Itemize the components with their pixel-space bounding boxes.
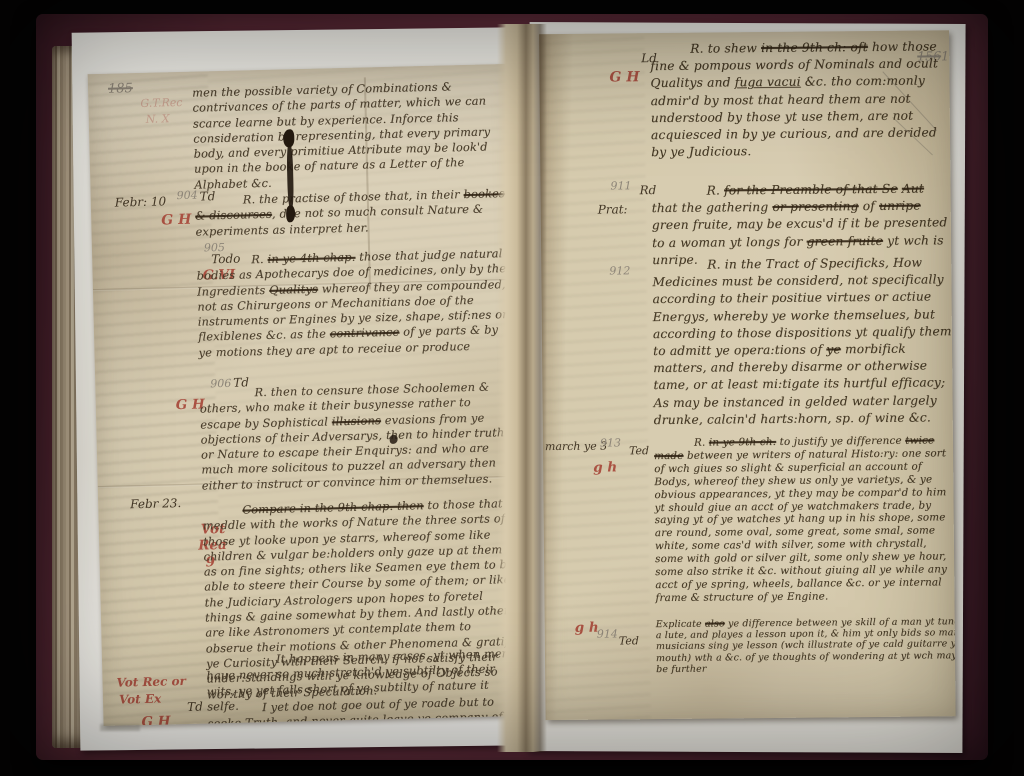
manuscript-page-right: 156186 Ld G H 911 Rd Prat: 912 march ye … (539, 30, 956, 720)
margin-note-date: march ye 3 (545, 440, 607, 454)
margin-note-red: g h (575, 620, 599, 636)
margin-note-red: Vot Rec or (116, 674, 186, 690)
show-through-texture (539, 33, 651, 720)
margin-note-red: Vot Ex (119, 692, 162, 707)
margin-note-date: Febr 23. (130, 496, 181, 511)
manuscript-entry: R. then to censure those Schoolemen & ot… (199, 379, 514, 494)
margin-note-red: g h (593, 459, 617, 475)
margin-note-red: N. X (146, 112, 170, 126)
margin-note-ink: Td (187, 700, 203, 714)
manuscript-page-left: 185 G.T.Rec N. X Febr: 10 904 Td G H 905… (88, 64, 528, 726)
margin-note-entry-number: 913 (600, 436, 621, 449)
margin-note-date: Febr: 10 (115, 194, 167, 209)
manuscript-entry: R. the practise of those that, in their … (195, 186, 508, 239)
manuscript-entry: men the possible variety of Combinations… (192, 78, 507, 193)
margin-note-ink: Ted (629, 444, 649, 457)
margin-note-red: G.T.Rec (140, 96, 182, 110)
margin-note-entry-number: 911 (610, 179, 631, 192)
manuscript-entry: R. in ye 9th ch. to justify ye differenc… (654, 434, 956, 605)
book-gutter (497, 24, 547, 752)
manuscript-entry: R. to shew in the 9th ch: oft how those … (650, 38, 951, 161)
margin-note-entry-number: 912 (609, 264, 630, 277)
manuscript-photo: 185 G.T.Rec N. X Febr: 10 904 Td G H 905… (0, 0, 1024, 776)
manuscript-entry: Explicate also ye difference between ye … (656, 616, 956, 675)
margin-note-red: G H (141, 713, 170, 726)
manuscript-entry: R. in the Tract of Specificks, How Medic… (652, 254, 954, 429)
margin-note-ink: Prat: (598, 202, 628, 216)
folio-number-old: 185 (108, 81, 133, 97)
margin-note-ink: Ted (619, 634, 639, 647)
margin-note-red: G H (161, 212, 191, 229)
margin-note-red: G H (609, 69, 639, 85)
manuscript-entry: R. in ye 4th chap. those that judge natu… (196, 246, 511, 361)
margin-note-entry-number: 914 (597, 627, 618, 640)
